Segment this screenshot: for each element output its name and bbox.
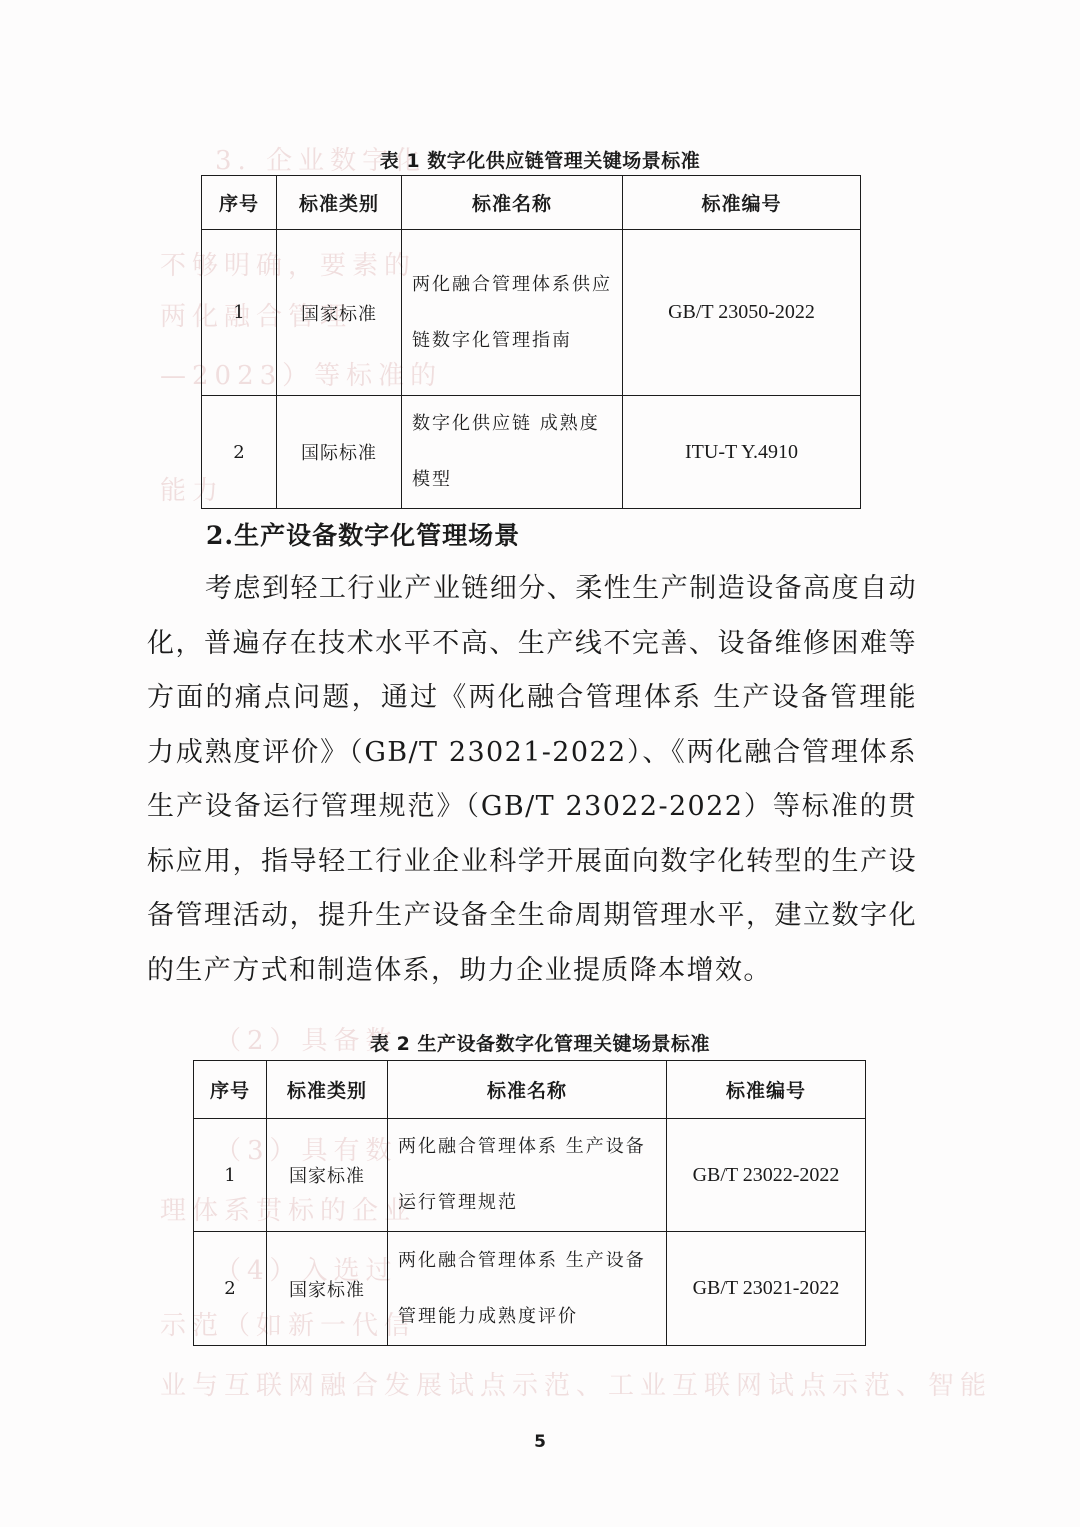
header-no: 序号 (202, 176, 277, 230)
table-header-row: 序号 标准类别 标准名称 标准编号 (202, 176, 861, 230)
section-heading: 2.生产设备数字化管理场景 (206, 516, 520, 552)
header-code: 标准编号 (667, 1061, 866, 1119)
body-paragraph: 考虑到轻工行业产业链细分、柔性生产制造设备高度自动化，普遍存在技术水平不高、生产… (147, 562, 917, 998)
table2-caption: 表 2 生产设备数字化管理关键场景标准 (0, 1029, 1080, 1056)
header-category: 标准类别 (277, 176, 402, 230)
cell-code: GB/T 23021-2022 (667, 1232, 866, 1346)
table1: 序号 标准类别 标准名称 标准编号 1 国家标准 两化融合管理体系供应链数字化管… (201, 175, 861, 509)
table-row: 1 国家标准 两化融合管理体系 生产设备运行管理规范 GB/T 23022-20… (194, 1119, 866, 1232)
header-name: 标准名称 (402, 176, 623, 230)
table-row: 2 国际标准 数字化供应链 成熟度模型 ITU-T Y.4910 (202, 396, 861, 509)
header-name: 标准名称 (388, 1061, 667, 1119)
page-number: 5 (0, 1432, 1080, 1452)
cell-category: 国际标准 (277, 396, 402, 509)
cell-category: 国家标准 (267, 1232, 388, 1346)
cell-code: GB/T 23022-2022 (667, 1119, 866, 1232)
cell-no: 2 (202, 396, 277, 509)
header-code: 标准编号 (623, 176, 861, 230)
cell-name: 两化融合管理体系 生产设备管理能力成熟度评价 (388, 1232, 667, 1346)
cell-code: GB/T 23050-2022 (623, 230, 861, 396)
cell-name: 两化融合管理体系 生产设备运行管理规范 (388, 1119, 667, 1232)
table2: 序号 标准类别 标准名称 标准编号 1 国家标准 两化融合管理体系 生产设备运行… (193, 1060, 866, 1346)
table1-caption: 表 1 数字化供应链管理关键场景标准 (0, 146, 1080, 173)
cell-name: 两化融合管理体系供应链数字化管理指南 (402, 230, 623, 396)
bleed-through-text: 业与互联网融合发展试点示范、工业互联网试点示范、智能 (160, 1365, 992, 1402)
cell-no: 2 (194, 1232, 267, 1346)
cell-no: 1 (202, 230, 277, 396)
header-no: 序号 (194, 1061, 267, 1119)
table-header-row: 序号 标准类别 标准名称 标准编号 (194, 1061, 866, 1119)
cell-no: 1 (194, 1119, 267, 1232)
table-row: 1 国家标准 两化融合管理体系供应链数字化管理指南 GB/T 23050-202… (202, 230, 861, 396)
header-category: 标准类别 (267, 1061, 388, 1119)
cell-category: 国家标准 (277, 230, 402, 396)
cell-code: ITU-T Y.4910 (623, 396, 861, 509)
table-row: 2 国家标准 两化融合管理体系 生产设备管理能力成熟度评价 GB/T 23021… (194, 1232, 866, 1346)
cell-category: 国家标准 (267, 1119, 388, 1232)
cell-name: 数字化供应链 成熟度模型 (402, 396, 623, 509)
